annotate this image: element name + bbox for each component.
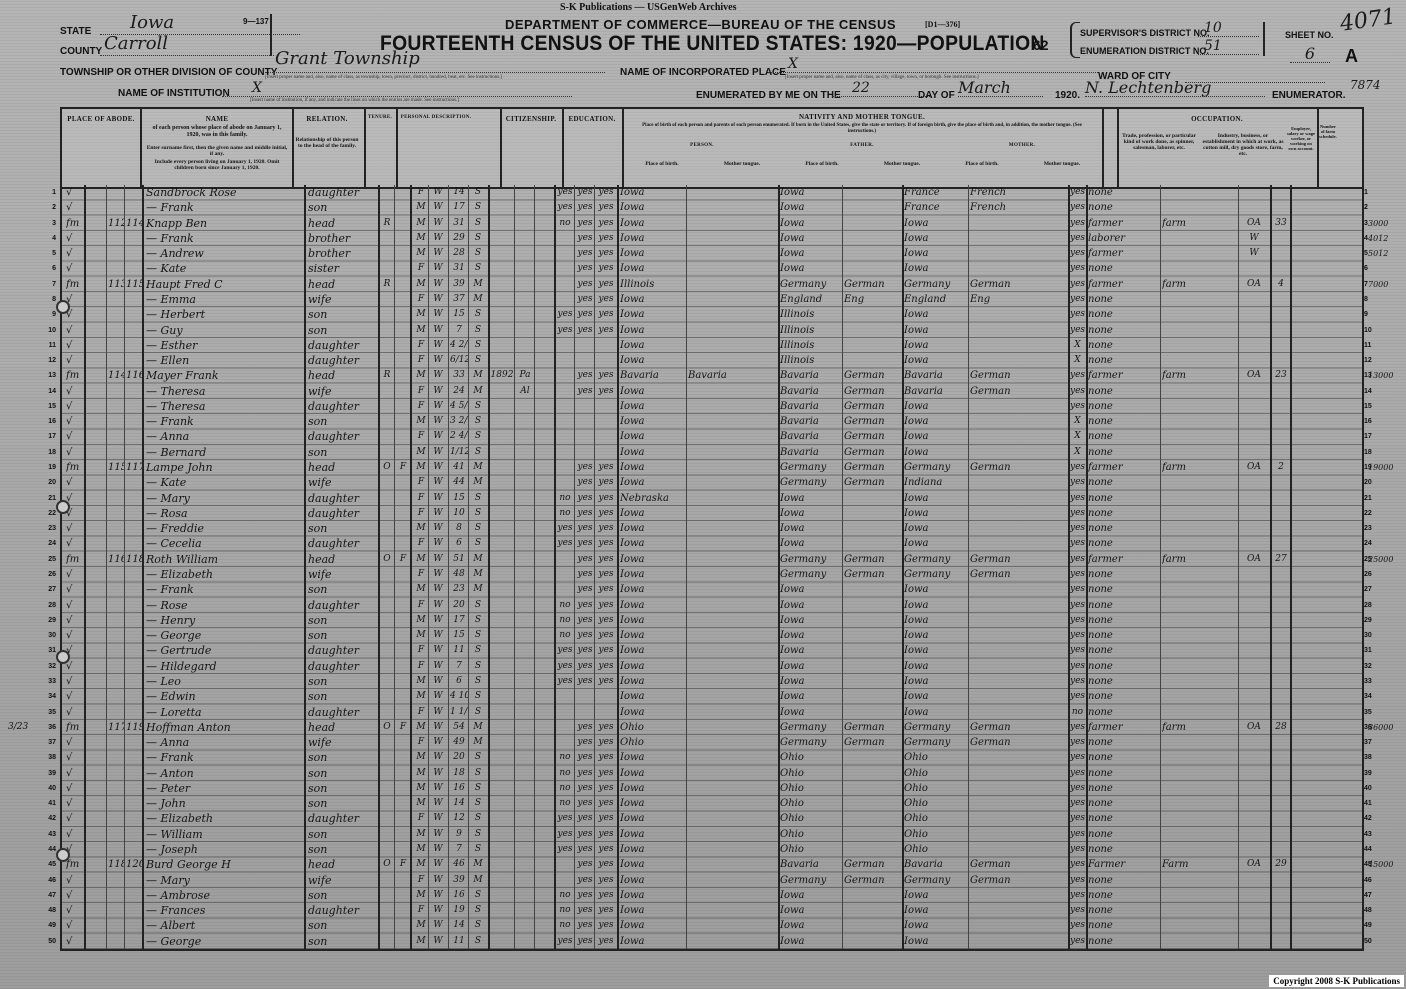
col26-header: Trade, profession, or particular kind of… xyxy=(1120,133,1198,151)
cell-f_pob: Iowa xyxy=(780,613,840,628)
cell-relation: brother xyxy=(308,246,376,261)
cell-school: yes xyxy=(556,827,574,842)
cell-imm xyxy=(490,903,514,918)
cell-house xyxy=(86,705,106,720)
cell-relation: head xyxy=(308,277,376,292)
cell-f_pob: Ohio xyxy=(780,842,840,857)
table-row: 3434√— EdwinsonMW4 10/12SIowaIowaIowayes… xyxy=(62,689,1362,704)
cell-emp: W xyxy=(1240,246,1268,261)
cell-family: 118 xyxy=(126,552,142,567)
cell-farm xyxy=(1272,705,1290,720)
group-tenure: TENURE. xyxy=(364,115,396,120)
cell-pob: Iowa xyxy=(620,414,684,429)
cell-dwelling xyxy=(108,918,124,933)
cell-dwelling xyxy=(108,231,124,246)
cell-relation: daughter xyxy=(308,643,376,658)
cell-farm xyxy=(1272,246,1290,261)
cell-emp xyxy=(1240,475,1268,490)
cell-house xyxy=(86,720,106,735)
cell-school xyxy=(556,873,574,888)
cell-eng: yes xyxy=(1069,323,1086,338)
cell-f_pob: Bavaria xyxy=(780,384,840,399)
cell-sex: M xyxy=(414,842,428,857)
cell-marital: S xyxy=(470,766,486,781)
line-number: 16 xyxy=(34,418,56,425)
table-row: 1616√— FranksonMW3 2/12SIowaBavariaGerma… xyxy=(62,414,1362,429)
cell-marital: M xyxy=(470,277,486,292)
cell-natyr xyxy=(536,659,554,674)
cell-emp xyxy=(1240,200,1268,215)
county-value: Carroll xyxy=(100,33,274,56)
cell-pob: Iowa xyxy=(620,292,684,307)
cell-read: yes xyxy=(576,842,594,857)
cell-pob: Iowa xyxy=(620,185,684,200)
cell-name: — Freddie xyxy=(146,521,302,536)
cell-imm xyxy=(490,185,514,200)
cell-industry xyxy=(1162,536,1236,551)
cell-mort xyxy=(396,261,410,276)
cell-own xyxy=(380,689,394,704)
cell-race: W xyxy=(430,766,446,781)
cell-race: W xyxy=(430,705,446,720)
cell-trade: none xyxy=(1088,506,1158,521)
cell-name: Mayer Frank xyxy=(146,368,302,383)
cell-mort xyxy=(396,796,410,811)
cell-imm xyxy=(490,567,514,582)
cell-write: yes xyxy=(596,781,616,796)
cell-own xyxy=(380,873,394,888)
cell-school: no xyxy=(556,766,574,781)
cell-mort xyxy=(396,399,410,414)
cell-house xyxy=(86,323,106,338)
group-citizenship: CITIZENSHIP. xyxy=(500,115,562,123)
cell-m_tongue: German xyxy=(970,873,1066,888)
cell-sex: F xyxy=(414,567,428,582)
cell-marital: S xyxy=(470,323,486,338)
cell-house xyxy=(86,903,106,918)
cell-school: yes xyxy=(556,934,574,949)
cell-race: W xyxy=(430,811,446,826)
cell-family xyxy=(126,384,142,399)
cell-school xyxy=(556,353,574,368)
cell-street: fm xyxy=(66,216,84,231)
line-number: 1 xyxy=(34,189,56,196)
cell-write: yes xyxy=(596,628,616,643)
cell-name: — Andrew xyxy=(146,246,302,261)
cell-write: yes xyxy=(596,934,616,949)
cell-pob: Iowa xyxy=(620,307,684,322)
cell-pob: Iowa xyxy=(620,750,684,765)
cell-house xyxy=(86,475,106,490)
line-number-right: 49 xyxy=(1364,922,1382,929)
cell-race: W xyxy=(430,873,446,888)
cell-m_pob: Ohio xyxy=(904,827,966,842)
cell-own xyxy=(380,567,394,582)
cell-mort xyxy=(396,216,410,231)
cell-sex: F xyxy=(414,491,428,506)
cell-natyr xyxy=(536,216,554,231)
table-row: 88√— EmmawifeFW37MyesyesIowaEnglandEngEn… xyxy=(62,292,1362,307)
cell-m_pob: Germany xyxy=(904,460,966,475)
cell-pob: Iowa xyxy=(620,567,684,582)
cell-natyr xyxy=(536,506,554,521)
cell-race: W xyxy=(430,582,446,597)
cell-own: R xyxy=(380,216,394,231)
cell-industry xyxy=(1162,506,1236,521)
cell-sex: M xyxy=(414,460,428,475)
cell-family xyxy=(126,750,142,765)
cell-industry xyxy=(1162,414,1236,429)
binder-hole xyxy=(56,300,70,314)
cell-age: 4 5/12 xyxy=(450,399,468,414)
cell-industry xyxy=(1162,903,1236,918)
line-number-right: 12 xyxy=(1364,357,1382,364)
cell-write: yes xyxy=(596,873,616,888)
cell-nat xyxy=(516,445,534,460)
cell-street: √ xyxy=(66,781,84,796)
cell-age: 1 1/12 xyxy=(450,705,468,720)
cell-name: — Cecelia xyxy=(146,536,302,551)
cell-school xyxy=(556,338,574,353)
cell-farm xyxy=(1272,598,1290,613)
cell-own xyxy=(380,643,394,658)
cell-age: 6/12 xyxy=(450,353,468,368)
department-title: DEPARTMENT OF COMMERCE—BUREAU OF THE CEN… xyxy=(505,17,896,32)
cell-industry xyxy=(1162,261,1236,276)
line-number-right: 27 xyxy=(1364,586,1382,593)
cell-nat xyxy=(516,261,534,276)
cell-f_pob: Iowa xyxy=(780,536,840,551)
cell-eng: yes xyxy=(1069,292,1086,307)
cell-race: W xyxy=(430,643,446,658)
cell-family xyxy=(126,292,142,307)
cell-industry xyxy=(1162,811,1236,826)
cell-m_tongue xyxy=(970,307,1066,322)
cell-age: 24 xyxy=(450,384,468,399)
line-number-right: 8 xyxy=(1364,296,1382,303)
cell-dwelling xyxy=(108,429,124,444)
cell-street: √ xyxy=(66,521,84,536)
line-number-right: 29 xyxy=(1364,617,1382,624)
cell-own xyxy=(380,934,394,949)
cell-age: 14 xyxy=(450,185,468,200)
line-number-right: 39 xyxy=(1364,770,1382,777)
cell-imm xyxy=(490,674,514,689)
cell-street: √ xyxy=(66,750,84,765)
cell-dwelling xyxy=(108,934,124,949)
line-number: 42 xyxy=(34,815,56,822)
binder-hole xyxy=(56,500,70,514)
cell-sex: M xyxy=(414,934,428,949)
cell-relation: daughter xyxy=(308,491,376,506)
cell-race: W xyxy=(430,628,446,643)
cell-mort: F xyxy=(396,720,410,735)
cell-read: yes xyxy=(576,307,594,322)
cell-read: yes xyxy=(576,628,594,643)
cell-dwelling xyxy=(108,506,124,521)
cell-mort xyxy=(396,292,410,307)
cell-school: no xyxy=(556,781,574,796)
cell-family xyxy=(126,414,142,429)
cell-dwelling xyxy=(108,445,124,460)
cell-marital: M xyxy=(470,475,486,490)
cell-race: W xyxy=(430,750,446,765)
cell-imm xyxy=(490,231,514,246)
cell-read: yes xyxy=(576,781,594,796)
cell-dwelling: 112 xyxy=(108,216,124,231)
cell-imm xyxy=(490,353,514,368)
cell-own: O xyxy=(380,857,394,872)
cell-f_tongue xyxy=(844,689,900,704)
line-number: 30 xyxy=(34,632,56,639)
cell-f_pob: Bavaria xyxy=(780,445,840,460)
line-number: 38 xyxy=(34,754,56,761)
cell-family xyxy=(126,903,142,918)
table-row: 3535√— LorettadaughterFW1 1/12SIowaIowaI… xyxy=(62,705,1362,720)
cell-name: — Hildegard xyxy=(146,659,302,674)
cell-tongue xyxy=(688,307,776,322)
cell-industry xyxy=(1162,598,1236,613)
cell-race: W xyxy=(430,842,446,857)
cell-write: yes xyxy=(596,261,616,276)
line-number: 19 xyxy=(34,464,56,471)
cell-family xyxy=(126,246,142,261)
cell-nat xyxy=(516,903,534,918)
line-number: 35 xyxy=(34,709,56,716)
cell-read xyxy=(576,353,594,368)
cell-trade: none xyxy=(1088,613,1158,628)
cell-natyr xyxy=(536,338,554,353)
cell-trade: none xyxy=(1088,598,1158,613)
line-number-right: 42 xyxy=(1364,815,1382,822)
cell-f_pob: Ohio xyxy=(780,811,840,826)
cell-nat xyxy=(516,506,534,521)
cell-street: √ xyxy=(66,796,84,811)
cell-street: fm xyxy=(66,552,84,567)
cell-race: W xyxy=(430,323,446,338)
cell-mort xyxy=(396,613,410,628)
cell-house xyxy=(86,918,106,933)
cell-tongue xyxy=(688,873,776,888)
nativity-note: Place of birth of each person and parent… xyxy=(632,123,1092,134)
cell-pob: Iowa xyxy=(620,796,684,811)
cell-tongue xyxy=(688,429,776,444)
cell-write xyxy=(596,445,616,460)
cell-name: — Loretta xyxy=(146,705,302,720)
cell-emp: OA xyxy=(1240,368,1268,383)
cell-tongue xyxy=(688,628,776,643)
cell-house xyxy=(86,552,106,567)
cell-emp xyxy=(1240,338,1268,353)
cell-eng: X xyxy=(1069,338,1086,353)
cell-own xyxy=(380,353,394,368)
cell-age: 3 2/12 xyxy=(450,414,468,429)
cell-m_pob: Iowa xyxy=(904,307,966,322)
cell-f_tongue: German xyxy=(844,384,900,399)
cell-sex: F xyxy=(414,659,428,674)
cell-dwelling xyxy=(108,338,124,353)
cell-nat xyxy=(516,414,534,429)
cell-industry xyxy=(1162,918,1236,933)
cell-write: yes xyxy=(596,796,616,811)
cell-m_pob: Iowa xyxy=(904,643,966,658)
cell-pob: Iowa xyxy=(620,873,684,888)
cell-name: — Elizabeth xyxy=(146,811,302,826)
cell-name: — Esther xyxy=(146,338,302,353)
cell-emp xyxy=(1240,735,1268,750)
cell-f_pob: Germany xyxy=(780,552,840,567)
cell-nat xyxy=(516,720,534,735)
cell-write: yes xyxy=(596,536,616,551)
cell-sex: F xyxy=(414,353,428,368)
cell-m_tongue xyxy=(970,506,1066,521)
cell-f_tongue: Eng xyxy=(844,292,900,307)
cell-nat: Al xyxy=(516,384,534,399)
cell-nat xyxy=(516,552,534,567)
cell-tongue xyxy=(688,261,776,276)
cell-write: yes xyxy=(596,582,616,597)
cell-write: yes xyxy=(596,888,616,903)
cell-nat xyxy=(516,689,534,704)
cell-race: W xyxy=(430,307,446,322)
line-number: 29 xyxy=(34,617,56,624)
enumerator-label: Enumerator. xyxy=(1272,90,1346,101)
cell-eng: yes xyxy=(1069,811,1086,826)
cell-street: √ xyxy=(66,628,84,643)
cell-f_pob: Ohio xyxy=(780,796,840,811)
cell-eng: yes xyxy=(1069,246,1086,261)
cell-mort xyxy=(396,246,410,261)
line-number: 24 xyxy=(34,540,56,547)
cell-relation: head xyxy=(308,368,376,383)
cell-tongue xyxy=(688,750,776,765)
cell-relation: son xyxy=(308,796,376,811)
cell-sex: M xyxy=(414,246,428,261)
cell-m_pob: Iowa xyxy=(904,598,966,613)
cell-family xyxy=(126,185,142,200)
cell-m_tongue xyxy=(970,689,1066,704)
cell-industry xyxy=(1162,292,1236,307)
cell-street: √ xyxy=(66,903,84,918)
table-row: 1111√— EstherdaughterFW4 2/12SIowaIllino… xyxy=(62,338,1362,353)
cell-natyr xyxy=(536,827,554,842)
cell-dwelling xyxy=(108,674,124,689)
cell-relation: son xyxy=(308,613,376,628)
margin-code: 36000 xyxy=(1368,720,1406,735)
cell-f_pob: Ohio xyxy=(780,750,840,765)
cell-farm xyxy=(1272,766,1290,781)
cell-emp xyxy=(1240,689,1268,704)
cell-nat: Pa xyxy=(516,368,534,383)
cell-trade: farmer xyxy=(1088,246,1158,261)
cell-industry xyxy=(1162,781,1236,796)
line-number-right: 28 xyxy=(1364,602,1382,609)
cell-house xyxy=(86,842,106,857)
line-number: 12 xyxy=(34,357,56,364)
cell-family xyxy=(126,674,142,689)
line-number: 13 xyxy=(34,372,56,379)
county-label: County xyxy=(60,46,102,57)
cell-own xyxy=(380,674,394,689)
cell-marital: S xyxy=(470,796,486,811)
cell-farm xyxy=(1272,643,1290,658)
cell-imm xyxy=(490,200,514,215)
cell-name: — Ellen xyxy=(146,353,302,368)
cell-sex: M xyxy=(414,277,428,292)
cell-pob: Iowa xyxy=(620,445,684,460)
cell-sex: M xyxy=(414,445,428,460)
cell-family xyxy=(126,827,142,842)
table-row: 1515√— TheresadaughterFW4 5/12SIowaBavar… xyxy=(62,399,1362,414)
cell-industry xyxy=(1162,307,1236,322)
line-number-right: 30 xyxy=(1364,632,1382,639)
cell-natyr xyxy=(536,705,554,720)
line-number: 15 xyxy=(34,403,56,410)
cell-race: W xyxy=(430,934,446,949)
cell-family xyxy=(126,705,142,720)
cell-marital: S xyxy=(470,934,486,949)
subgroup-mother: MOTHER. xyxy=(942,143,1102,148)
cell-pob: Iowa xyxy=(620,827,684,842)
table-row: 4444√— JosephsonMW7SyesyesyesIowaOhioOhi… xyxy=(62,842,1362,857)
cell-tongue xyxy=(688,796,776,811)
cell-age: 28 xyxy=(450,246,468,261)
margin-code: 7000 xyxy=(1368,277,1406,292)
line-number: 45 xyxy=(34,861,56,868)
cell-street: √ xyxy=(66,353,84,368)
cell-school: no xyxy=(556,888,574,903)
line-number-right: 50 xyxy=(1364,938,1382,945)
cell-house xyxy=(86,414,106,429)
cell-write: yes xyxy=(596,918,616,933)
table-row: 2626√— ElizabethwifeFW48MyesyesIowaGerma… xyxy=(62,567,1362,582)
cell-imm xyxy=(490,521,514,536)
cell-farm xyxy=(1272,842,1290,857)
cell-pob: Iowa xyxy=(620,705,684,720)
cell-street: √ xyxy=(66,873,84,888)
line-number-right: 10 xyxy=(1364,327,1382,334)
cell-relation: son xyxy=(308,200,376,215)
cell-tongue xyxy=(688,857,776,872)
cell-school: no xyxy=(556,491,574,506)
cell-imm xyxy=(490,460,514,475)
cell-mort xyxy=(396,567,410,582)
cell-house xyxy=(86,200,106,215)
col19-header: Place of birth. xyxy=(622,161,702,167)
institution-value: X xyxy=(222,80,572,97)
cell-school xyxy=(556,231,574,246)
col20-header: Mother tongue. xyxy=(702,161,782,167)
cell-mort xyxy=(396,643,410,658)
cell-f_tongue xyxy=(844,842,900,857)
cell-age: 51 xyxy=(450,552,468,567)
cell-read: yes xyxy=(576,521,594,536)
cell-f_pob: Ohio xyxy=(780,766,840,781)
cell-m_tongue xyxy=(970,796,1066,811)
cell-own xyxy=(380,475,394,490)
cell-read: yes xyxy=(576,643,594,658)
cell-street: √ xyxy=(66,598,84,613)
cell-trade: none xyxy=(1088,796,1158,811)
cell-f_pob: Iowa xyxy=(780,582,840,597)
margin-code: 25000 xyxy=(1368,552,1406,567)
cell-emp xyxy=(1240,903,1268,918)
cell-name: — Theresa xyxy=(146,399,302,414)
cell-own xyxy=(380,766,394,781)
cell-imm xyxy=(490,323,514,338)
cell-school xyxy=(556,246,574,261)
cell-industry xyxy=(1162,567,1236,582)
